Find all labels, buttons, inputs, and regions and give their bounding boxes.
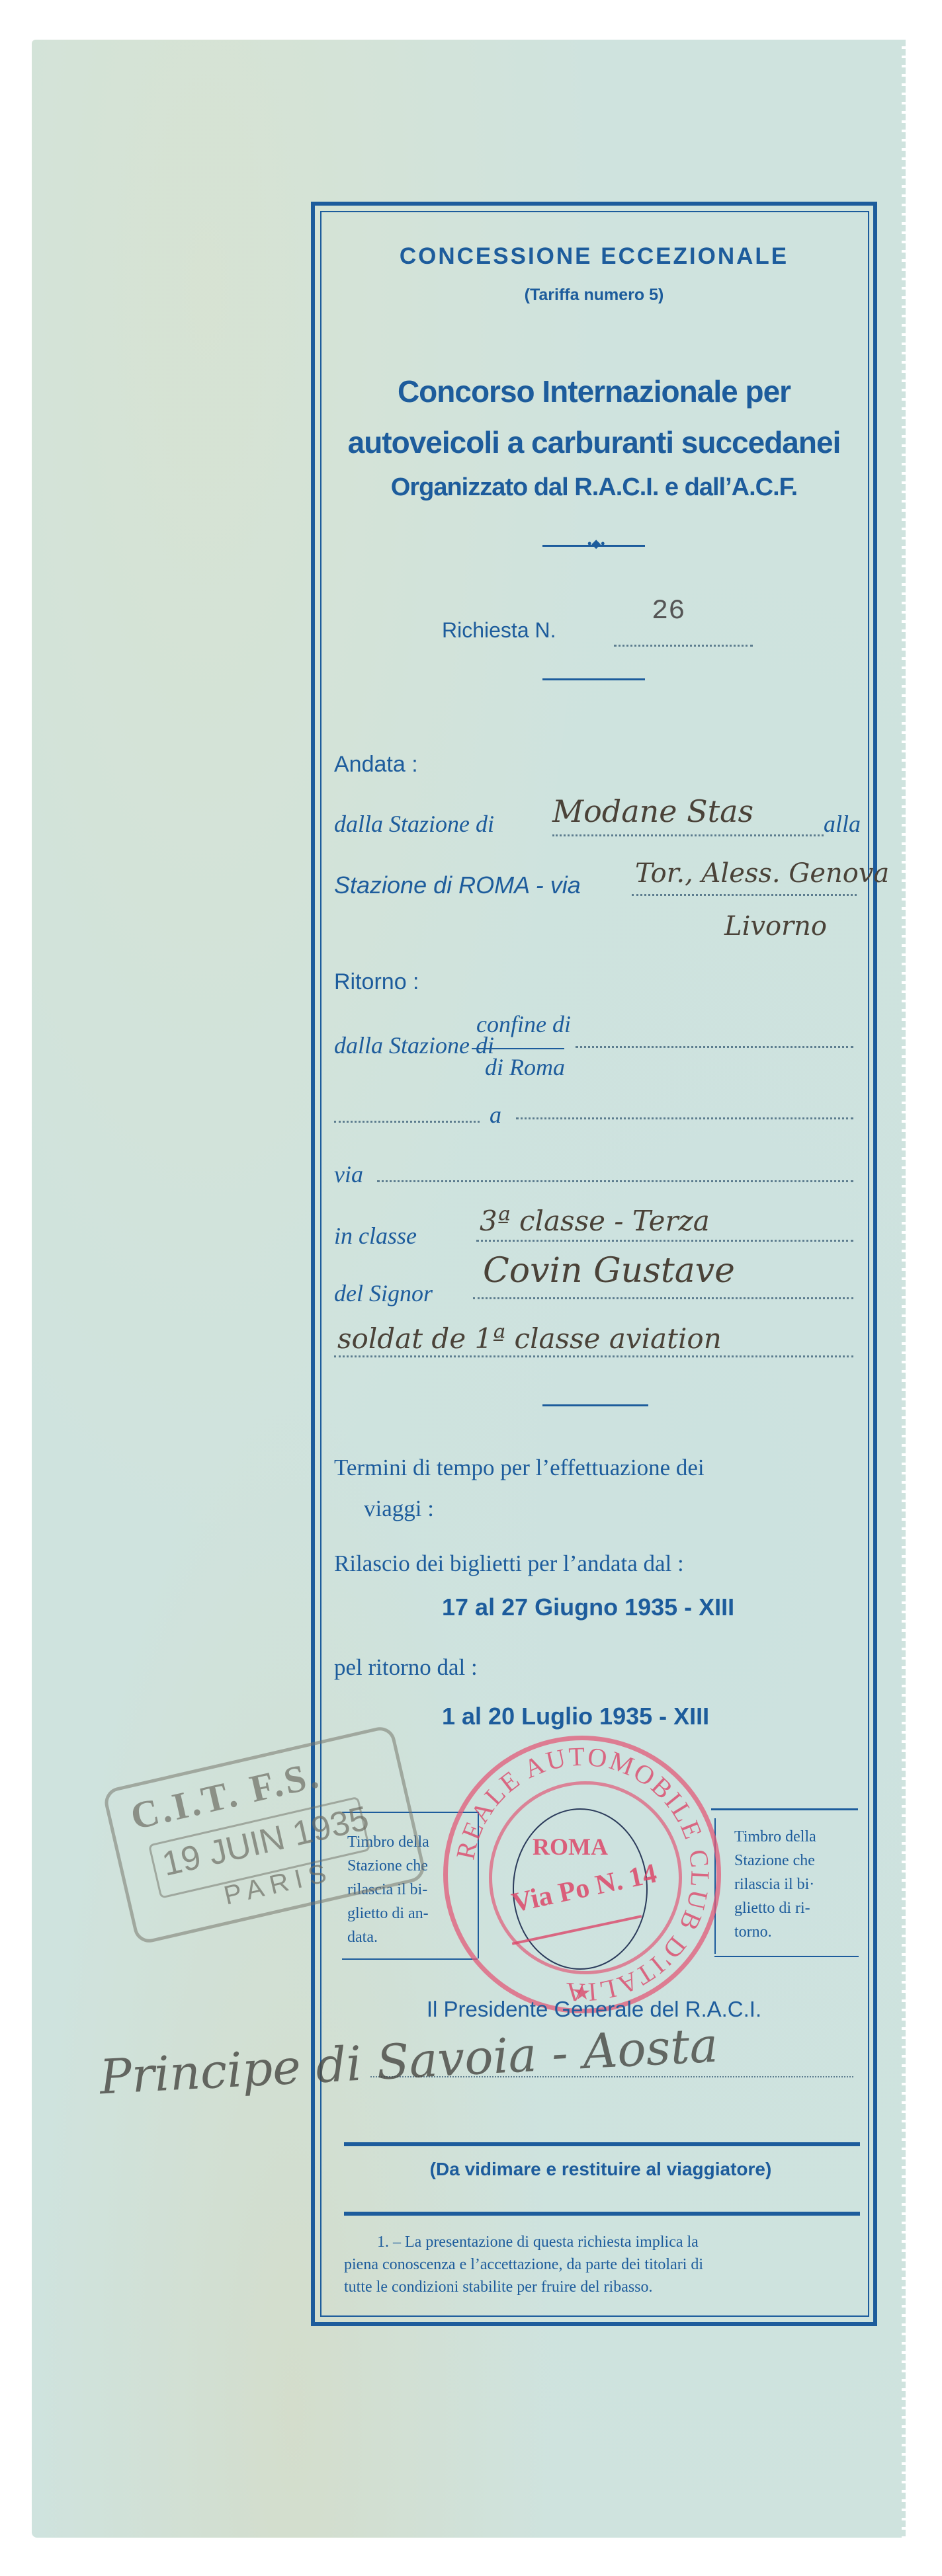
terms-heading-line1: Termini di tempo per l’effettuazione dei [334,1455,705,1481]
ornament-dots: •◆• [587,537,605,551]
section-divider [542,678,645,680]
stampbox-line: glietto di ri- [734,1896,860,1920]
section-divider-2 [542,1404,648,1406]
andata-from-value: Modane Stas [552,793,753,829]
andata-release-label: Rilascio dei biglietti per l’andata dal … [334,1550,684,1577]
stampbox-line: torno. [734,1920,860,1944]
class-label: in classe [334,1222,417,1250]
stampbox-line: Stazione che [734,1849,860,1872]
event-title-line1: Concorso Internazionale per [311,374,877,409]
note-line-1: 1. – La presentazione di questa richiest… [377,2234,699,2251]
stampbox-line: rilascia il bi· [734,1872,860,1896]
request-label: Richiesta N. [442,618,556,643]
andata-from-label: dalla Stazione di [334,810,494,838]
event-organizer: Organizzato dal R.A.C.I. e dall’A.C.F. [311,473,877,502]
return-notice: (Da vidimare e restituire al viaggiatore… [324,2159,877,2180]
note-line-2: piena conoscenza e l’accettazione, da pa… [344,2256,703,2274]
footer-rule-top [344,2142,860,2146]
stampbox-line: Timbro della [734,1825,860,1849]
signor-label: del Signor [334,1279,433,1307]
class-field [476,1240,853,1242]
ritorno-via-field [377,1180,853,1182]
note-line-3: tutte le condizioni stabilite per fruire… [344,2278,653,2296]
ritorno-fraction-bottom: di Roma [485,1053,565,1081]
class-value: 3ª classe - Terza [480,1205,710,1237]
ritorno-from-field [576,1046,853,1048]
andata-heading: Andata : [334,752,418,778]
right-stampbox-text: Timbro della Stazione che rilascia il bi… [734,1825,860,1944]
request-number: 26 [652,595,685,627]
ritorno-a-label: a [490,1101,501,1129]
president-caption: Il Presidente Generale del R.A.C.I. [311,1997,877,2022]
ritorno-heading: Ritorno : [334,969,419,995]
raci-stamp: REALE AUTOMOBILE CLUB D'ITALIA ★ ROMA Vi… [443,1736,721,2013]
request-number-field [614,645,753,647]
andata-from-suffix: alla [824,810,861,838]
document-title: CONCESSIONE ECCEZIONALE [311,243,877,270]
raci-stamp-city: ROMA [533,1833,608,1861]
perforated-edge [902,40,906,2538]
signor-field [473,1297,853,1299]
footer-rule-bottom [344,2212,860,2216]
ritorno-via-label: via [334,1160,363,1188]
fraction-line [472,1048,564,1049]
andata-via-value: Tor., Aless. Genova [635,858,889,889]
tariff-subtitle: (Tariffa numero 5) [311,286,877,305]
ritorno-from-label: dalla Stazione di [334,1031,494,1059]
event-title-line2: autoveicoli a carburanti succedanei [311,424,877,460]
andata-from-field [552,834,824,836]
ritorno-release-dates: 1 al 20 Luglio 1935 - XIII [442,1703,709,1730]
andata-to-label: Stazione di ROMA - via [334,871,581,899]
ritorno-fraction-top: confine di [476,1010,571,1038]
ritorno-release-label: pel ritorno dal : [334,1654,478,1681]
signor-field-2 [334,1355,853,1357]
andata-release-dates: 17 al 27 Giugno 1935 - XIII [442,1593,734,1621]
andata-via-field [632,894,857,896]
right-stampbox-top [711,1808,858,1810]
andata-via-value-2: Livorno [724,911,827,942]
right-stampbox-bottom [714,1956,859,1957]
signor-value: Covin Gustave [483,1251,735,1291]
terms-heading-line2: viaggi : [364,1496,434,1522]
ritorno-a-field-left [334,1121,480,1123]
signor-value-2: soldat de 1ª classe aviation [337,1322,722,1355]
ritorno-a-field [516,1117,853,1119]
